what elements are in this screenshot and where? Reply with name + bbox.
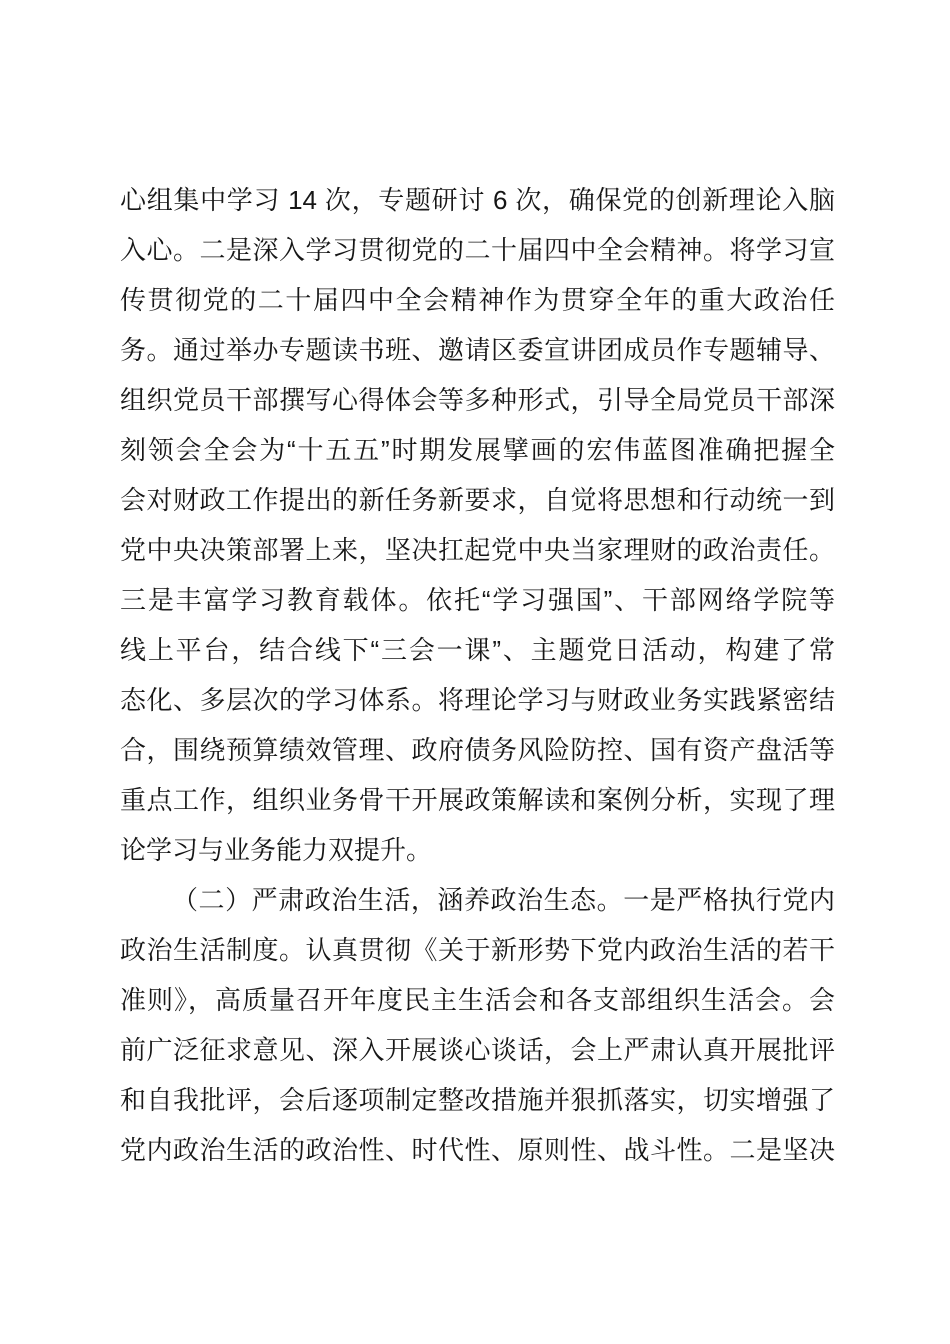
text-line: 传贯彻党的二十届四中全会精神作为贯穿全年的重大政治任 [120,275,835,325]
text-line: 党中央决策部署上来，坚决扛起党中央当家理财的政治责任。 [120,525,835,575]
document-body: 心组集中学习 14 次，专题研讨 6 次，确保党的创新理论入脑入心。二是深入学习… [120,175,835,1175]
text-line: 三是丰富学习教育载体。依托“学习强国”、干部网络学院等 [120,575,835,625]
text-line: 线上平台，结合线下“三会一课”、主题党日活动，构建了常 [120,625,835,675]
text-line: 组织党员干部撰写心得体会等多种形式，引导全局党员干部深 [120,375,835,425]
text-line: 合，围绕预算绩效管理、政府债务风险防控、国有资产盘活等 [120,725,835,775]
text-line: （二）严肃政治生活，涵养政治生态。一是严格执行党内 [120,875,835,925]
text-line: 会对财政工作提出的新任务新要求，自觉将思想和行动统一到 [120,475,835,525]
text-line: 论学习与业务能力双提升。 [120,825,835,875]
text-line: 刻领会全会为“十五五”时期发展擘画的宏伟蓝图准确把握全 [120,425,835,475]
text-line: 政治生活制度。认真贯彻《关于新形势下党内政治生活的若干 [120,925,835,975]
text-line: 党内政治生活的政治性、时代性、原则性、战斗性。二是坚决 [120,1125,835,1175]
text-line: 态化、多层次的学习体系。将理论学习与财政业务实践紧密结 [120,675,835,725]
text-line: 准则》，高质量召开年度民主生活会和各支部组织生活会。会 [120,975,835,1025]
text-line: 重点工作，组织业务骨干开展政策解读和案例分析，实现了理 [120,775,835,825]
text-line: 和自我批评，会后逐项制定整改措施并狠抓落实，切实增强了 [120,1075,835,1125]
text-line: 前广泛征求意见、深入开展谈心谈话，会上严肃认真开展批评 [120,1025,835,1075]
text-line: 入心。二是深入学习贯彻党的二十届四中全会精神。将学习宣 [120,225,835,275]
document-page: 心组集中学习 14 次，专题研讨 6 次，确保党的创新理论入脑入心。二是深入学习… [0,0,950,1344]
text-line: 务。通过举办专题读书班、邀请区委宣讲团成员作专题辅导、 [120,325,835,375]
text-line: 心组集中学习 14 次，专题研讨 6 次，确保党的创新理论入脑 [120,175,835,225]
